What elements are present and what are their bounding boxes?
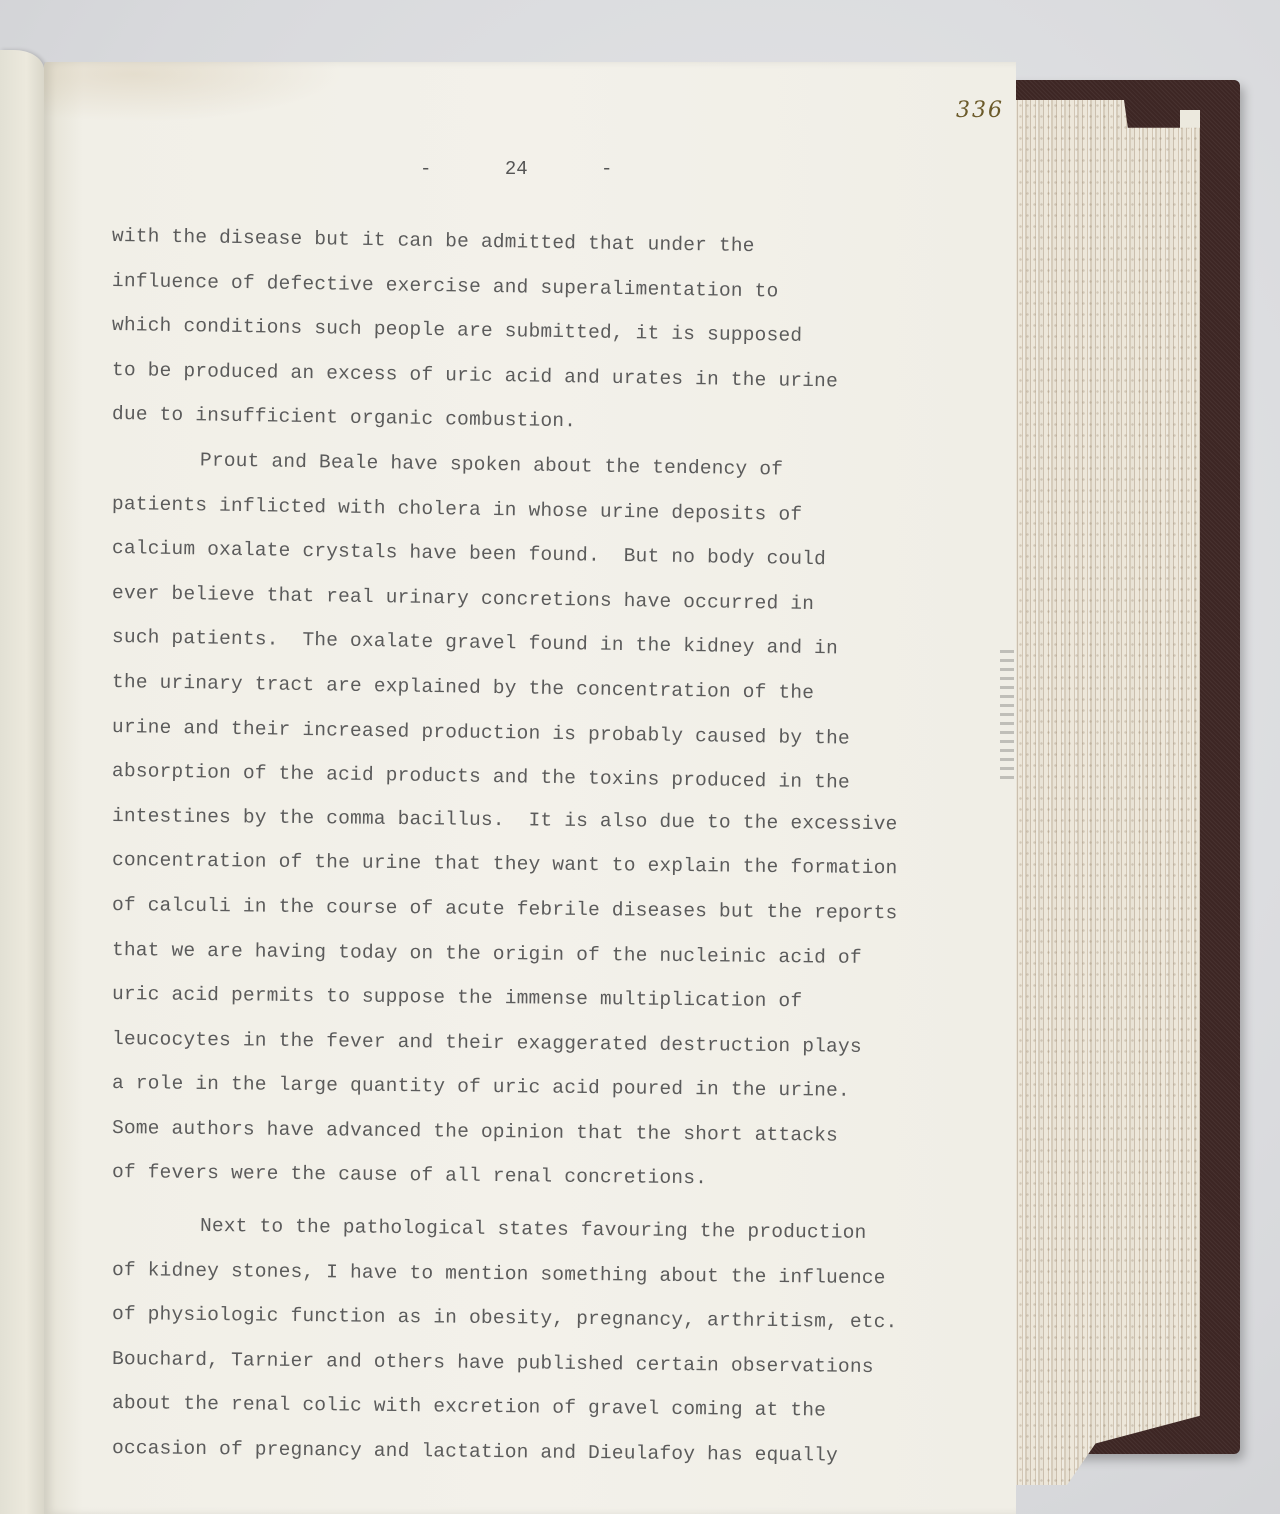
page-edge-marks: [1000, 650, 1014, 780]
typewritten-body: with the disease but it can be admitted …: [112, 214, 952, 1471]
page-number-dash-right: -: [601, 158, 612, 180]
foxing-stain: [44, 62, 344, 122]
page-number-dash-left: -: [420, 158, 431, 180]
page-number-value: 24: [505, 158, 528, 180]
handwritten-folio-number: 336: [956, 98, 1004, 123]
text-line: occasion of pregnancy and lactation and …: [112, 1426, 952, 1479]
text-line: of fevers were the cause of all renal co…: [112, 1150, 952, 1203]
previous-page-leaf: [0, 50, 44, 1514]
page-block-edges: [1010, 100, 1200, 1485]
text-line: of calculi in the course of acute febril…: [112, 883, 952, 936]
typed-page-number: - 24 -: [420, 158, 612, 180]
